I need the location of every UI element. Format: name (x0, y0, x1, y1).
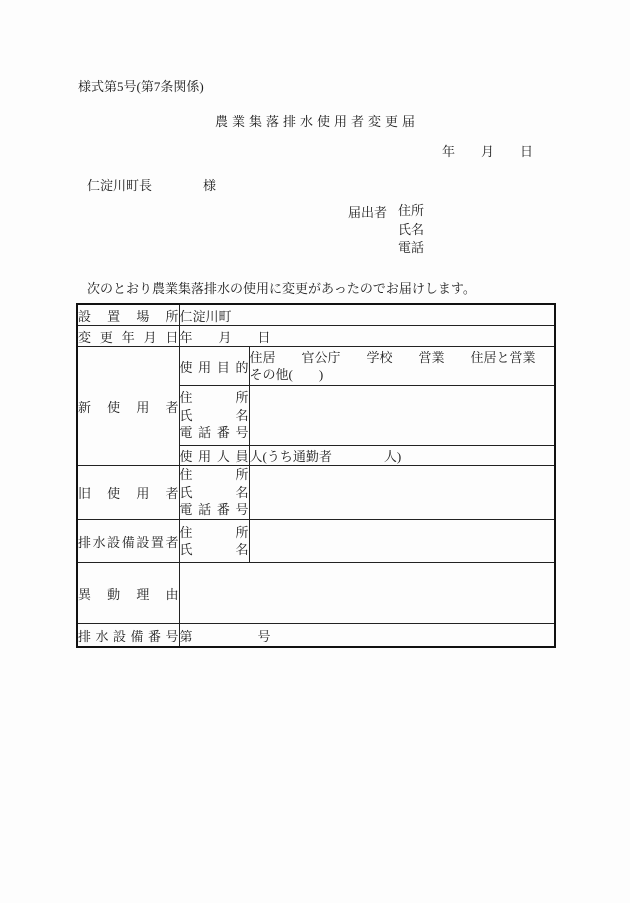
new-user-contact-value (249, 386, 555, 446)
addressee-line: 仁淀川町長様 (87, 175, 216, 194)
intro-sentence: 次のとおり農業集落排水の使用に変更があったのでお届けします。 (87, 278, 476, 297)
installer-contact-labels: 住所 氏名 (179, 520, 249, 563)
change-notification-table: 設置場所 仁淀川町 変更年月日 年 月 日 新使用者 使用目的 住居 官公庁 学… (76, 303, 556, 648)
row-location: 設置場所 仁淀川町 (77, 304, 555, 326)
installer-contact-value (249, 520, 555, 563)
row-change-date: 変更年月日 年 月 日 (77, 326, 555, 347)
honorific: 様 (203, 178, 216, 193)
declarant-label: 届出者 (348, 202, 387, 258)
old-user-label: 旧使用者 (77, 466, 179, 520)
reason-label: 異動理由 (77, 563, 179, 624)
purpose-options-lines: 住居 官公庁 学校 営業 住居と営業 その他( ) (250, 349, 555, 384)
header-date: 年 月 日 (442, 141, 533, 160)
declarant-phone-label: 電話 (398, 239, 424, 258)
location-label: 設置場所 (77, 304, 179, 326)
staff-label: 使用人員 (179, 446, 249, 466)
purpose-options-line2: その他( ) (250, 366, 555, 384)
old-user-contact-labels: 住所 氏名 電話番号 (179, 466, 249, 520)
staff-value: 人(うち通勤者 人) (249, 446, 555, 466)
new-user-label: 新使用者 (77, 347, 179, 466)
row-old-user: 旧使用者 住所 氏名 電話番号 (77, 466, 555, 520)
new-user-address-label: 住所 (180, 389, 249, 407)
change-date-value: 年 月 日 (179, 326, 555, 347)
purpose-label: 使用目的 (179, 347, 249, 386)
old-user-name-label: 氏名 (180, 484, 249, 502)
form-number: 様式第5号(第7条関係) (78, 76, 204, 95)
new-user-name-label: 氏名 (180, 407, 249, 425)
purpose-options: 住居 官公庁 学校 営業 住居と営業 その他( ) (249, 347, 555, 386)
row-reason: 異動理由 (77, 563, 555, 624)
declarant-name-label: 氏名 (398, 221, 424, 240)
equipment-number-value: 第 号 (179, 624, 555, 648)
installer-name-label: 氏名 (180, 541, 249, 559)
installer-label: 排水設備設置者 (77, 520, 179, 563)
addressee: 仁淀川町長 (87, 178, 152, 193)
declarant-block: 届出者 住所 氏名 電話 (348, 202, 424, 258)
row-equipment-number: 排水設備番号 第 号 (77, 624, 555, 648)
row-installer: 排水設備設置者 住所 氏名 (77, 520, 555, 563)
location-value: 仁淀川町 (179, 304, 555, 326)
old-user-address-label: 住所 (180, 466, 249, 484)
declarant-values: 住所 氏名 電話 (398, 202, 424, 258)
equipment-number-label: 排水設備番号 (77, 624, 179, 648)
row-new-user-purpose: 新使用者 使用目的 住居 官公庁 学校 営業 住居と営業 その他( ) (77, 347, 555, 386)
installer-address-label: 住所 (180, 524, 249, 542)
reason-value (179, 563, 555, 624)
form-page: 様式第5号(第7条関係) 農業集落排水使用者変更届 年 月 日 仁淀川町長様 届… (0, 0, 630, 903)
change-date-label: 変更年月日 (77, 326, 179, 347)
page-title: 農業集落排水使用者変更届 (0, 111, 630, 130)
old-user-contact-value (249, 466, 555, 520)
old-user-phone-label: 電話番号 (180, 501, 249, 519)
new-user-phone-label: 電話番号 (180, 424, 249, 442)
declarant-address-label: 住所 (398, 202, 424, 221)
purpose-options-line1: 住居 官公庁 学校 営業 住居と営業 (250, 349, 555, 367)
new-user-contact-labels: 住所 氏名 電話番号 (179, 386, 249, 446)
